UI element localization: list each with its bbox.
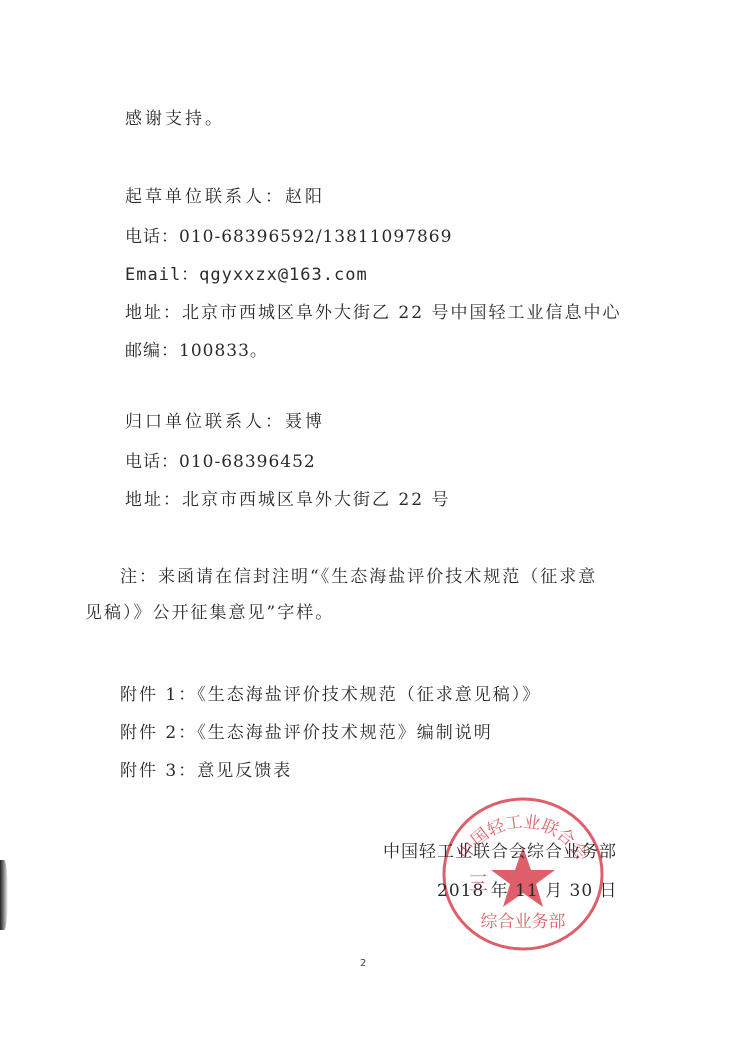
signature-date: 2018 年 11 月 30 日 bbox=[437, 880, 618, 902]
drafting-contact-postcode: 邮编：100833。 bbox=[125, 340, 268, 362]
responsible-contact-person: 归口单位联系人：聂博 bbox=[125, 411, 325, 433]
note-line-1: 注：来函请在信封注明“《生态海盐评价技术规范（征求意 bbox=[120, 566, 597, 588]
page-number: 2 bbox=[360, 958, 366, 969]
drafting-contact-address: 地址：北京市西城区阜外大街乙 22 号中国轻工业信息中心 bbox=[125, 302, 621, 324]
drafting-contact-email: Email：qgyxxzx@163.com bbox=[125, 264, 368, 286]
scan-edge-shadow bbox=[0, 860, 8, 930]
responsible-contact-address: 地址：北京市西城区阜外大街乙 22 号 bbox=[125, 489, 450, 511]
official-seal-stamp: 中国轻工业联合会 三 综合业务部 bbox=[440, 795, 606, 953]
drafting-contact-phone: 电话：010-68396592/13811097869 bbox=[125, 226, 452, 248]
closing-text: 感谢支持。 bbox=[125, 108, 225, 130]
drafting-contact-person: 起草单位联系人：赵阳 bbox=[125, 186, 325, 208]
note-line-2: 见稿）》公开征集意见”字样。 bbox=[85, 602, 334, 624]
signature-organization: 中国轻工业联合会综合业务部 bbox=[383, 841, 617, 863]
attachment-1: 附件 1：《生态海盐评价技术规范（征求意见稿）》 bbox=[120, 684, 541, 706]
attachment-3: 附件 3：意见反馈表 bbox=[120, 760, 292, 782]
attachment-2: 附件 2：《生态海盐评价技术规范》编制说明 bbox=[120, 722, 493, 744]
stamp-bottom-text: 综合业务部 bbox=[481, 912, 566, 932]
responsible-contact-phone: 电话：010-68396452 bbox=[125, 451, 316, 473]
